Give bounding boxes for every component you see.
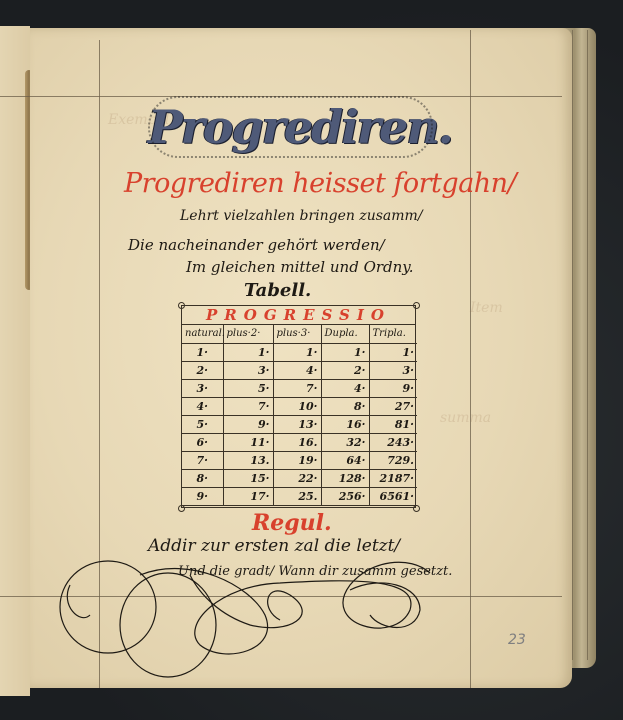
table-cell: 8· [182, 470, 223, 488]
table-cell: 243· [369, 434, 417, 452]
table-cell: 128· [321, 470, 369, 488]
rule-heading: Regul. [252, 510, 332, 536]
table-corner-dot [413, 302, 420, 309]
table-cell: 32· [321, 434, 369, 452]
column-header: plus·2· [223, 324, 273, 344]
table-cell: 6561· [369, 488, 417, 506]
table-cell: 9· [182, 488, 223, 506]
table-label: Tabell. [244, 280, 311, 301]
table-cell: 2· [321, 362, 369, 380]
rule-line-1: Addir zur ersten zal die letzt/ [148, 536, 400, 556]
table-cell: 1· [182, 344, 223, 362]
verse-line-2: Die nacheinander gehört werden/ [128, 236, 385, 254]
table-cell: 17· [223, 488, 273, 506]
table-row: 7· 13. 19· 64· 729. [182, 452, 417, 470]
table-banner: PROGRESSIO [182, 306, 415, 325]
table-cell: 5· [182, 416, 223, 434]
column-header: natural. [182, 324, 223, 344]
table-cell: 1· [321, 344, 369, 362]
table-row: 8· 15· 22· 128· 2187· [182, 470, 417, 488]
table-row: 2· 3· 4· 2· 3· [182, 362, 417, 380]
bleed-through-text: summa [440, 410, 491, 426]
table-cell: 19· [273, 452, 321, 470]
table-cell: 4· [182, 398, 223, 416]
table-cell: 10· [273, 398, 321, 416]
table-cell: 16· [321, 416, 369, 434]
table-cell: 7· [223, 398, 273, 416]
table-cell: 7· [182, 452, 223, 470]
table-corner-dot [413, 505, 420, 512]
book-page-edges-lines [572, 30, 588, 660]
calligraphic-flourish-decoration [50, 555, 490, 685]
table-row: 5· 9· 13· 16· 81· [182, 416, 417, 434]
column-header: plus·3· [273, 324, 321, 344]
red-subtitle: Progrediren heisset fortgahn/ [124, 168, 446, 199]
table-cell: 9· [369, 380, 417, 398]
verse-line-1: Lehrt vielzahlen bringen zusamm/ [180, 208, 423, 224]
table-row: 4· 7· 10· 8· 27· [182, 398, 417, 416]
table-cell: 27· [369, 398, 417, 416]
table-row: 1· 1· 1· 1· 1· [182, 344, 417, 362]
table-corner-dot [178, 302, 185, 309]
table-row: 9· 17· 25. 256· 6561· [182, 488, 417, 506]
table-cell: 3· [369, 362, 417, 380]
table-cell: 25. [273, 488, 321, 506]
table-cell: 4· [321, 380, 369, 398]
page-title: Progrediren. [148, 96, 433, 158]
page-number: 23 [508, 632, 526, 648]
table-cell: 81· [369, 416, 417, 434]
title-text: Progrediren. [148, 96, 433, 158]
table-cell: 6· [182, 434, 223, 452]
table-cell: 22· [273, 470, 321, 488]
table-cell: 3· [182, 380, 223, 398]
table-cell: 1· [223, 344, 273, 362]
table-cell: 2187· [369, 470, 417, 488]
table-cell: 7· [273, 380, 321, 398]
table-cell: 4· [273, 362, 321, 380]
table-cell: 13. [223, 452, 273, 470]
table-cell: 64· [321, 452, 369, 470]
progression-grid: natural. plus·2· plus·3· Dupla. Tripla. … [182, 324, 417, 506]
table-row: 6· 11· 16. 32· 243· [182, 434, 417, 452]
table-cell: 3· [223, 362, 273, 380]
table-cell: 15· [223, 470, 273, 488]
table-row: 3· 5· 7· 4· 9· [182, 380, 417, 398]
table-cell: 256· [321, 488, 369, 506]
bleed-through-text: Item [470, 300, 503, 316]
table-cell: 13· [273, 416, 321, 434]
table-cell: 1· [369, 344, 417, 362]
table-cell: 8· [321, 398, 369, 416]
verse-line-3: Im gleichen mittel und Ordny. [186, 258, 414, 276]
progression-table: PROGRESSIO natural. plus·2· plus·3· Dupl… [181, 305, 416, 508]
column-header: Tripla. [369, 324, 417, 344]
table-cell: 2· [182, 362, 223, 380]
table-cell: 9· [223, 416, 273, 434]
table-cell: 11· [223, 434, 273, 452]
table-header-row: natural. plus·2· plus·3· Dupla. Tripla. [182, 324, 417, 344]
table-corner-dot [178, 505, 185, 512]
column-header: Dupla. [321, 324, 369, 344]
table-cell: 1· [273, 344, 321, 362]
table-cell: 729. [369, 452, 417, 470]
table-cell: 5· [223, 380, 273, 398]
table-cell: 16. [273, 434, 321, 452]
